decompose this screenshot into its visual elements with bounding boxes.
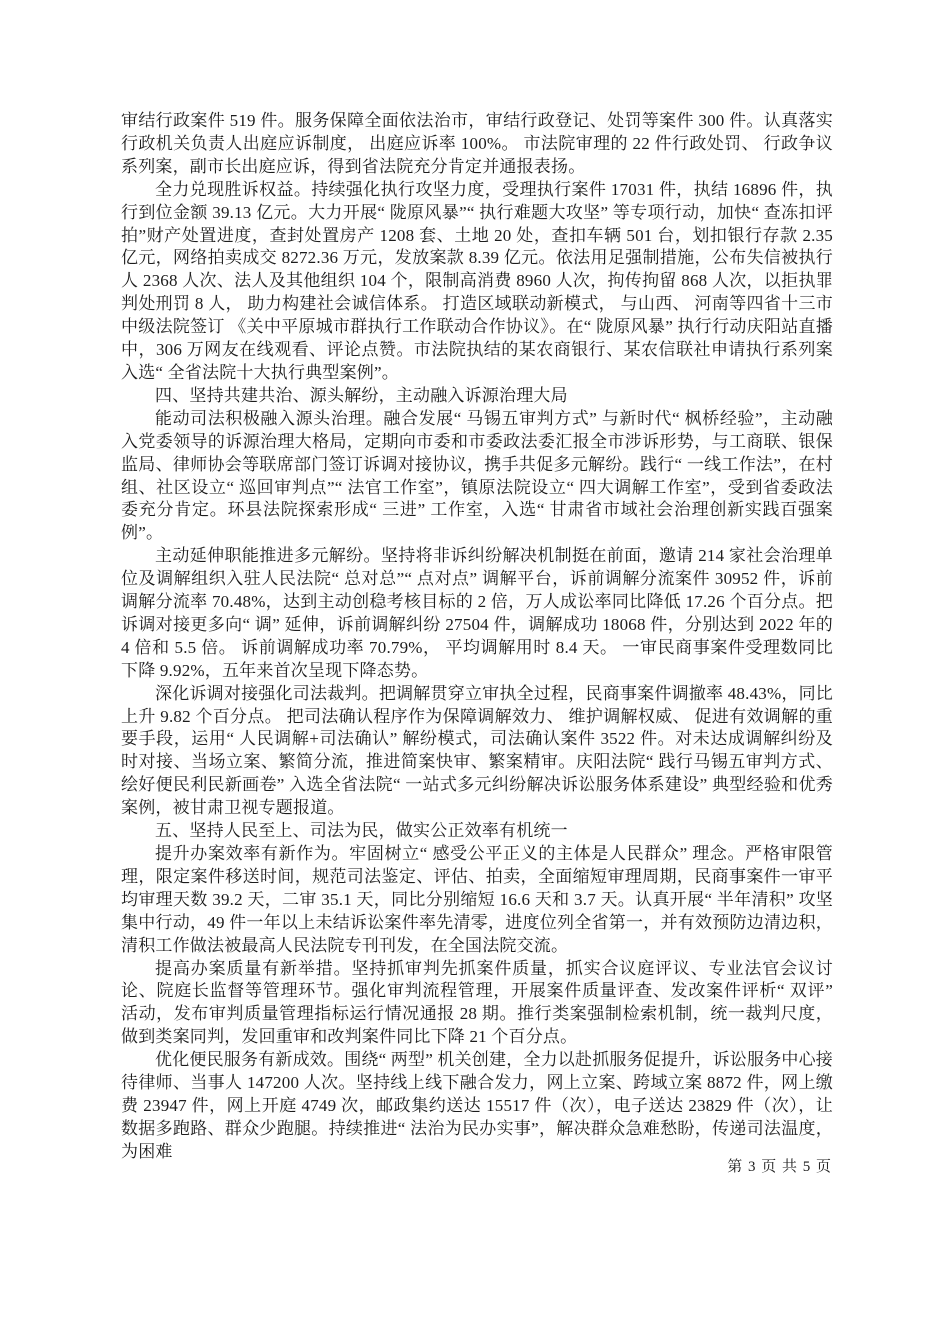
body-paragraph-continued: 审结行政案件 519 件。服务保障全面依法治市，审结行政登记、处罚等案件 300… bbox=[121, 110, 833, 179]
body-paragraph-quality: 提高办案质量有新举措。坚持抓审判先抓案件质量，抓实合议庭评议、专业法官会议讨论、… bbox=[121, 958, 833, 1050]
section-heading-5: 五、坚持人民至上、司法为民，做实公正效率有机统一 bbox=[121, 820, 833, 843]
section-heading-4: 四、坚持共建共治、源头解纷，主动融入诉源治理大局 bbox=[121, 385, 833, 408]
body-paragraph-source-governance: 能动司法积极融入源头治理。融合发展“ 马锡五审判方式” 与新时代“ 枫桥经验”，… bbox=[121, 408, 833, 545]
body-paragraph-efficiency: 提升办案效率有新作为。牢固树立“ 感受公平正义的主体是人民群众” 理念。严格审限… bbox=[121, 843, 833, 958]
document-body: 审结行政案件 519 件。服务保障全面依法治市，审结行政登记、处罚等案件 300… bbox=[121, 110, 833, 1164]
page-number-footer: 第 3 页 共 5 页 bbox=[727, 1155, 832, 1176]
document-page: 审结行政案件 519 件。服务保障全面依法治市，审结行政登记、处罚等案件 300… bbox=[0, 0, 950, 1344]
body-paragraph-enforcement: 全力兑现胜诉权益。持续强化执行攻坚力度，受理执行案件 17031 件，执结 16… bbox=[121, 179, 833, 385]
body-paragraph-diversified-mediation: 主动延伸职能推进多元解纷。坚持将非诉纠纷解决机制挺在前面，邀请 214 家社会治… bbox=[121, 545, 833, 682]
body-paragraph-mediation-adjudication: 深化诉调对接强化司法裁判。把调解贯穿立审执全过程，民商事案件调撤率 48.43%… bbox=[121, 683, 833, 820]
body-paragraph-convenience-services: 优化便民服务有新成效。围绕“ 两型” 机关创建，全力以赴抓服务促提升，诉讼服务中… bbox=[121, 1049, 833, 1164]
